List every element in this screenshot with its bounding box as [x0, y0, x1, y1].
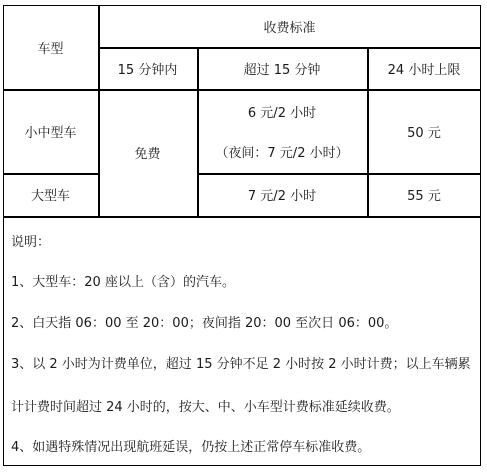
row-small-medium-vehicle: 小中型车 [3, 89, 98, 173]
header-fee-standard: 收费标准 [98, 5, 481, 47]
row-large-vehicle: 大型车 [3, 173, 98, 216]
cell-small-over-15: 6 元/2 小时 （夜间：7 元/2 小时） [197, 89, 367, 173]
note-item: 1、大型车：20 座以上（含）的汽车。 [11, 271, 235, 290]
note-item: 计计费时间超过 24 小时的，按大、中、小车型计费标准延续收费。 [11, 396, 400, 415]
header-vehicle-type: 车型 [3, 5, 98, 89]
note-item: 2、白天指 06：00 至 20：00；夜间指 20：00 至次日 06：00。 [11, 312, 397, 331]
cell-large-over-15: 7 元/2 小时 [197, 173, 367, 216]
cell-free: 免费 [98, 89, 197, 216]
header-within-15: 15 分钟内 [98, 47, 197, 89]
cell-small-cap: 50 元 [367, 89, 481, 173]
day-rate: 6 元/2 小时 [248, 102, 316, 121]
header-over-15: 超过 15 分钟 [197, 47, 367, 89]
header-24h-cap: 24 小时上限 [367, 47, 481, 89]
note-item: 3、以 2 小时为计费单位，超过 15 分钟不足 2 小时按 2 小时计费；以上… [11, 353, 471, 372]
notes-title: 说明： [11, 231, 50, 250]
note-item: 4、如遇特殊情况出现航班延误，仍按上述正常停车标准收费。 [11, 436, 370, 455]
divider [3, 216, 481, 218]
night-rate: （夜间：7 元/2 小时） [215, 142, 348, 161]
cell-large-cap: 55 元 [367, 173, 481, 216]
